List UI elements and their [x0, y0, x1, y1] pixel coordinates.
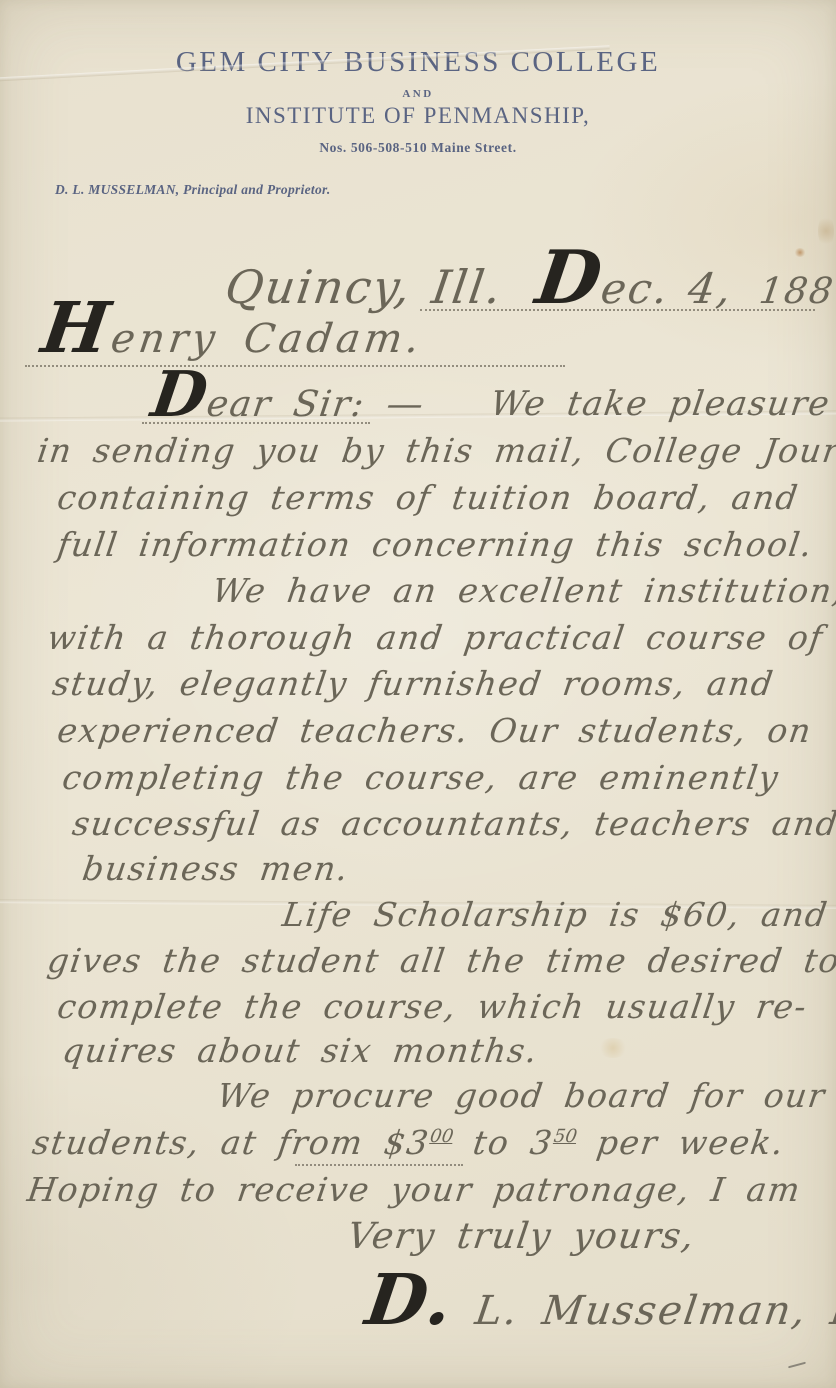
closing: Very truly yours, [345, 1216, 698, 1257]
body-line: successful as accountants, teachers and [70, 804, 836, 843]
rust-stain [794, 248, 806, 257]
body-line: study, elegantly furnished rooms, and [50, 664, 777, 703]
signature: D. L. Musselman, Prin. [362, 1288, 836, 1334]
ink-mark [788, 1362, 806, 1369]
dateline-date: Dec. 4, [532, 264, 736, 313]
body-line: gives the student all the time desired t… [45, 941, 836, 980]
body-line: with a thorough and practical course of [45, 618, 826, 657]
letterhead-address: Nos. 506-508-510 Maine Street. [0, 140, 836, 156]
dateline-place: Quincy, Ill. [222, 260, 506, 314]
salutation: Dear Sir: — [148, 384, 427, 425]
amber-stain [598, 1038, 628, 1058]
body-line-price: students, at from $300 to 350 per week. [30, 1123, 787, 1162]
letterhead-college-name: GEM CITY BUSINESS COLLEGE [0, 46, 836, 79]
body-line: in sending you by this mail, College Jou… [35, 431, 836, 470]
letterhead-institute-name: INSTITUTE OF PENMANSHIP, [0, 103, 836, 129]
letterhead-and: AND [0, 88, 836, 100]
body-line: experienced teachers. Our students, on [55, 711, 815, 750]
letterhead-proprietor: D. L. MUSSELMAN, Principal and Proprieto… [55, 182, 331, 198]
dotted-rule-price [295, 1164, 463, 1166]
dateline: Quincy, Ill. Dec. 4, 188 4 [222, 260, 836, 314]
recipient-name: Henry Cadam. [38, 316, 426, 362]
salutation-continuation: We take pleasure [488, 384, 833, 424]
price-post: per week. [573, 1123, 787, 1162]
body-line: We procure good board for our [215, 1076, 828, 1115]
body-line: quires about six months. [60, 1031, 541, 1070]
price-mid: to 3 [450, 1123, 556, 1162]
body-line: Hoping to receive your patronage, I am [25, 1170, 804, 1209]
body-line: completing the course, are eminently [60, 758, 782, 797]
body-line: full information concerning this school. [55, 525, 816, 564]
body-line: containing terms of tuition board, and [55, 478, 801, 517]
dateline-year: 188 [757, 271, 836, 312]
price-cents-1: 00 [429, 1126, 455, 1147]
body-line: Life Scholarship is $60, and [280, 895, 831, 934]
body-line: We have an excellent institution, [210, 571, 836, 610]
body-line: business men. [80, 849, 352, 888]
price-pre: students, at from $3 [30, 1123, 432, 1162]
letter-page: GEM CITY BUSINESS COLLEGE AND INSTITUTE … [0, 0, 836, 1388]
edge-stain [818, 214, 834, 248]
body-line: complete the course, which usually re- [55, 987, 810, 1026]
